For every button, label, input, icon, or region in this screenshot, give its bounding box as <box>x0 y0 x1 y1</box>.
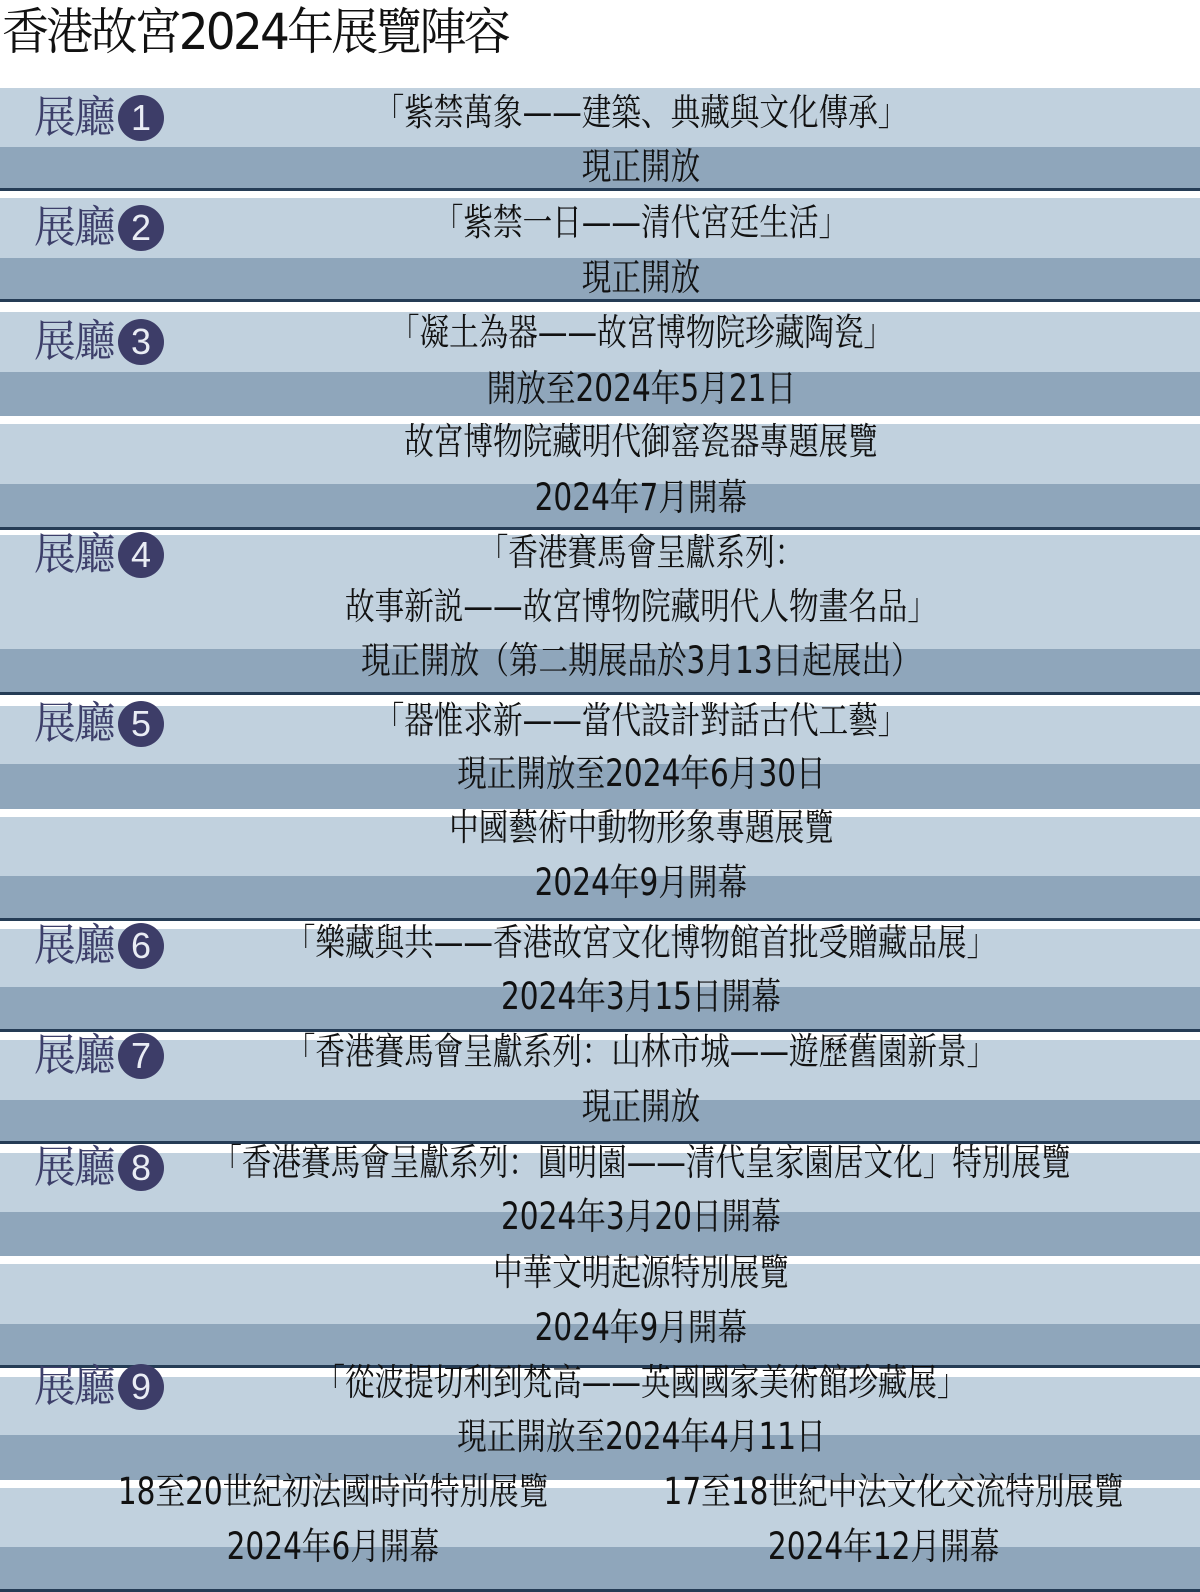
page-title: 香港故宮2024年展覽陣容 <box>2 2 508 62</box>
exhibition-title-right: 17至18世紀中法文化交流特別展覽 <box>606 1467 1162 1517</box>
exhibition-title: 「香港賽馬會呈獻系列：圓明園——清代皇家園居文化」特別展覽 <box>82 1138 1200 1188</box>
section-divider <box>0 188 1200 191</box>
exhibition-title-left: 18至20世紀初法國時尚特別展覽 <box>60 1467 606 1517</box>
exhibition-title: 「香港賽馬會呈獻系列：山林市城——遊歷舊園新景」 <box>82 1027 1200 1077</box>
exhibition-title: 故宮博物院藏明代御窰瓷器專題展覽 <box>82 417 1200 467</box>
exhibition-status: 現正開放 <box>82 146 1200 188</box>
exhibition-status: 2024年7月開幕 <box>82 476 1200 520</box>
exhibition-title: 中國藝術中動物形象專題展覽 <box>82 803 1200 853</box>
exhibition-status: 2024年9月開幕 <box>82 861 1200 905</box>
exhibition-status: 現正開放（第二期展品於3月13日起展出） <box>82 638 1200 684</box>
exhibition-title: 「凝土為器——故宮博物院珍藏陶瓷」 <box>82 308 1200 358</box>
exhibition-status: 開放至2024年5月21日 <box>82 367 1200 411</box>
exhibition-title: 「從波提切利到梵高——英國國家美術館珍藏展」 <box>82 1358 1200 1408</box>
exhibition-status: 2024年3月20日開幕 <box>82 1195 1200 1239</box>
exhibition-status: 現正開放至2024年4月11日 <box>82 1415 1200 1459</box>
section-divider <box>0 692 1200 695</box>
exhibition-title-line-1: 「香港賽馬會呈獻系列： <box>82 528 1200 578</box>
exhibition-status: 2024年9月開幕 <box>82 1306 1200 1350</box>
exhibition-status: 現正開放 <box>82 257 1200 299</box>
exhibition-status: 現正開放 <box>82 1085 1200 1129</box>
exhibition-title: 「樂藏與共——香港故宮文化博物館首批受贈藏品展」 <box>82 918 1200 968</box>
exhibition-status-right: 2024年12月開幕 <box>606 1525 1162 1569</box>
section-divider <box>0 299 1200 302</box>
exhibition-title: 中華文明起源特別展覽 <box>82 1248 1200 1298</box>
exhibition-status: 現正開放至2024年6月30日 <box>82 752 1200 796</box>
exhibition-status-left: 2024年6月開幕 <box>60 1525 606 1569</box>
exhibition-status: 2024年3月15日開幕 <box>82 975 1200 1019</box>
exhibition-title: 「紫禁一日——清代宮廷生活」 <box>82 198 1200 248</box>
exhibition-title: 「器惟求新——當代設計對話古代工藝」 <box>82 696 1200 746</box>
exhibition-title: 「紫禁萬象——建築、典藏與文化傳承」 <box>82 88 1200 138</box>
exhibition-title-line-2: 故事新説——故宮博物院藏明代人物畫名品」 <box>82 582 1200 632</box>
